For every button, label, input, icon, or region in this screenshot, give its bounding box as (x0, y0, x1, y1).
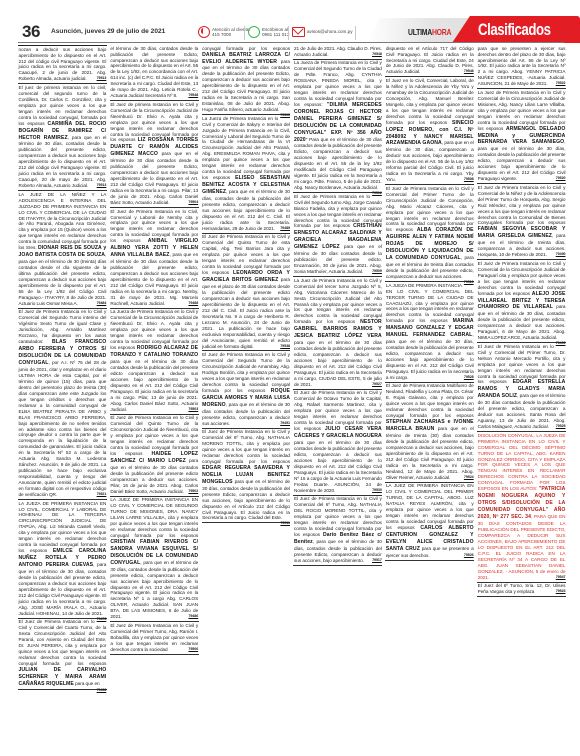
brand-logo: ULTIMAHORA (408, 27, 451, 37)
contact-email-value: avisos@uhora.com.py (307, 29, 353, 34)
section-title: Clasificados (478, 20, 551, 40)
classified-ad: El Juez de Primera Instancia en lo Civil… (202, 429, 291, 524)
ad-reference-code: 79538 (280, 344, 290, 350)
column-5: dispuesto en el Artículo 717 del Código … (385, 45, 474, 737)
ad-body-text-continued: , para que en el término de 30 días, con… (110, 560, 198, 620)
ad-body-text: LA JUEZ DE PRIMERA INSTANCIA EN LO CIVIL… (110, 497, 198, 538)
classified-ad: El Juez de Primera Instancia en lo Civil… (477, 184, 566, 260)
ad-reference-code: 79526 (464, 553, 474, 559)
ad-body-text-continued: " Para que en el término de 30 días cont… (294, 137, 382, 191)
contact-email[interactable]: avisos@uhora.com.py (292, 22, 353, 42)
ad-reference-code: 79484 (97, 301, 107, 307)
classified-ad: La Jueza de Primera Instancia en lo Civi… (293, 60, 382, 194)
ad-reference-code: 79525 (556, 424, 566, 430)
classified-ad: El Juez de Primera Instancia en lo Civil… (477, 260, 566, 343)
ad-body-text-continued: para que en el término de treinta (30) d… (386, 426, 474, 480)
classified-ad: La Juez de Primera Instancia en lo Civil… (293, 277, 382, 390)
ad-reference-code: 79506 (188, 647, 198, 653)
ad-body-text: El Juez de Primera Instancia en lo Civil… (110, 415, 198, 456)
ad-reference-code: 79502 (188, 489, 198, 495)
ad-body-text: El Juez en lo Civil, Comercial, Laboral,… (386, 78, 474, 125)
classified-ad: El Juez de Primera Instancia en lo Civil… (110, 208, 199, 309)
ad-body-text-continued: para que en el término de 30 días contad… (294, 440, 382, 493)
ad-body-text-continued: , para que en el término de 30 días cont… (110, 252, 198, 306)
ad-body-text: El Juez de Primera Instancia en lo Civil… (386, 186, 474, 233)
ad-body-text-continued: , para que en el término de 30 días, com… (386, 140, 474, 182)
ad-reference-code: 79527 (372, 382, 382, 388)
divider (355, 26, 356, 40)
ad-body-text: La Jueza de Primera Instancia en lo Civi… (110, 309, 198, 350)
classified-ad: La Juez de Primera Instancia en lo Civil… (477, 89, 566, 184)
classified-ad: para que se presenten a ejercer sus dere… (477, 45, 566, 89)
ad-reference-code: 79498 (97, 688, 107, 694)
ad-reference-code: 79521 (97, 492, 107, 498)
classified-ad: LA JUEZA DE PRIMERA INSTANCIA EN LO CIVI… (18, 500, 107, 619)
ad-body-text: El Juez de Primera Instancia Multifuero … (386, 383, 474, 418)
ad-body-text-continued: para que en el término de 30 días contad… (294, 340, 382, 387)
ad-body-text: La Juez de Primera Instancia en lo Civil… (478, 90, 566, 131)
column-3: conyugal formada por los esposos DANIELA… (202, 45, 291, 737)
classified-ad: el término de 30 días, contados desde la… (110, 45, 199, 101)
ad-body-text-continued: , para que en el término de 30 días, con… (19, 135, 107, 189)
ad-body-text-continued: para que en (74, 681, 100, 686)
classified-ad: El Juez de Primera Instancia en lo Civil… (293, 390, 382, 496)
ad-reference-code: 79490 (556, 252, 566, 258)
classified-ad: LA JUEZA DE PRIMERA INSTANCIA EN LO CIVI… (385, 282, 474, 383)
ad-body-text-continued: , para que en el término de 30 (treinta)… (19, 252, 107, 306)
ad-reference-code: 79520 (556, 176, 566, 182)
ad-body-text: nozan a deducir sus acciones bajo aperci… (19, 47, 107, 82)
ad-reference-code: 79517 (372, 558, 382, 564)
ad-body-text: El Juez de Primera Instancia en lo Civil… (202, 352, 290, 393)
ad-body-text: El Juez de Primera Instancia en lo Civil… (478, 185, 566, 226)
ad-body-text: El Juez de Primera Instancia en lo Civil… (294, 496, 382, 537)
ad-body-text: El Juez de Primera Instancia en lo Civil… (294, 390, 382, 431)
ad-reference-code: 79504 (188, 200, 198, 206)
ad-body-text: El Juez de Primera Instancia en lo Civil… (110, 623, 198, 652)
classified-ad: El Juez de Primera Instancia en lo Civil… (293, 496, 382, 566)
classified-ad: 21 de Julio de 2021. Abg. Claudio D. Pir… (293, 45, 382, 60)
ad-body-text-continued: , PARA QUE EN 30 DÍAS CONTADOS DESDE LA … (478, 514, 566, 580)
column-1: nozan a deducir sus acciones bajo aperci… (18, 45, 107, 737)
classified-ad: conyugal formada por los esposos DANIELA… (202, 45, 291, 115)
ad-reference-code: 79528 (464, 375, 474, 381)
classified-ad: El Juez de Primera Instancia en lo Civil… (202, 234, 291, 352)
ad-reference-code: 79503 (188, 407, 198, 413)
ad-body-text-continued: , para que en el término de 30 días, con… (386, 332, 474, 380)
column-2: el término de 30 días, contados desde la… (110, 45, 199, 737)
ad-reference-code: 79523 (556, 589, 566, 595)
classified-ad: El Juez de primera Instancia en lo Civil… (110, 101, 199, 208)
ad-body-text-continued: para que en el término de 30 días contad… (110, 151, 198, 205)
ad-reference-code: 79511 (280, 521, 290, 527)
classified-ad: El Juez de Primera Instancia en lo Civil… (110, 415, 199, 497)
column-4: 21 de Julio de 2021. Abg. Claudio D. Pir… (293, 45, 382, 737)
ad-reference-code: 79486 (188, 614, 198, 620)
ad-reference-code: 79522 (556, 81, 566, 87)
divider (288, 26, 289, 40)
ad-body-text: DISOLUCIÓN CONYUGAL. LA JUEZA DE PRIMERA… (478, 433, 566, 492)
classified-ad: DISOLUCIÓN CONYUGAL. LA JUEZA DE PRIMERA… (477, 432, 566, 582)
ad-body-text: El Juez del 6º Turno, Sria. 12, Dr. Ulis… (478, 583, 566, 594)
ad-body-text: dispuesto en el Artículo 717 del Código … (386, 46, 474, 75)
classified-ad: LA JUEZ DE LA NIÑEZ Y LA ADOLESCENCIA E … (18, 191, 107, 309)
classified-ad: LA JUEZ DE PRIMERA INSTANCIA EN LO CIVIL… (110, 497, 199, 623)
phone-icon (198, 26, 210, 38)
classifieds-columns: nozan a deducir sus acciones bajo aperci… (18, 45, 566, 737)
ad-body-text: conyugal formada por los esposos (202, 46, 290, 51)
ad-body-text-continued: , para que en el término de 30 días, con… (202, 189, 290, 231)
ad-body-text-continued: para que en el término de 30 días contad… (110, 359, 198, 412)
ad-reference-code: 79491 (280, 421, 290, 427)
classified-ad: El juez de primera instancia en lo civil… (18, 84, 107, 191)
ad-body-text: El Juez de Primera Instancia en lo Civil… (19, 619, 107, 666)
ad-reference-code: 79547 (556, 575, 566, 581)
ad-reference-code: 79489 (280, 226, 290, 232)
classified-ad: El Juez de Primera Instancia Multifuero … (385, 383, 474, 483)
ad-reference-code: 79513 (97, 183, 107, 189)
ad-reference-code: 79508 (464, 177, 474, 183)
classified-ad: La Jueza de Primera Instancia en lo Civi… (202, 115, 291, 234)
ad-body-text-continued: para que en el término de 30 días, conta… (202, 479, 290, 521)
ad-reference-code: 79530 (372, 488, 382, 494)
ad-body-text: LA JUEZA DE PRIMERA INSTANCIA EN LO CIVI… (386, 283, 474, 324)
classified-ad: El Juez de Primera Instancia en lo Civil… (385, 185, 474, 282)
ad-body-text-continued: , para que en el término de 30 días, con… (478, 139, 566, 181)
ad-body-text: La Jueza de Primera Instancia en lo Civi… (294, 60, 382, 107)
contact-phone-value: 415 7000 (212, 32, 231, 37)
classified-ad: El Juez del 6º Turno, Sria. 12, Dr. Ulis… (477, 583, 566, 598)
page-header: 36 Asunción, jueves 29 de julio de 2021 … (0, 0, 580, 43)
whatsapp-icon (248, 26, 260, 38)
contact-whatsapp-value: 0981 111 013 (262, 32, 289, 37)
classified-ad: dispuesto en el Artículo 717 del Código … (385, 45, 474, 77)
page-number: 36 (22, 22, 40, 42)
classified-ad: El Juez de Primera Instancia en lo Civil… (293, 193, 382, 277)
ad-body-text: El Juez de primera Instancia en lo Civil… (110, 102, 198, 143)
contact-phone[interactable]: Atención al cliente:415 7000 (198, 22, 251, 42)
classified-ad: El Juez de Primera Instancia en lo Civil… (110, 622, 199, 654)
ad-body-text: El Juez de Primera Instancia en lo Civil… (202, 234, 290, 275)
classified-ad: nozan a deducir sus acciones bajo aperci… (18, 46, 107, 84)
divider (244, 26, 245, 40)
section-banner: Clasificados (452, 16, 580, 43)
ad-body-text: 21 de Julio de 2021. Abg. Claudio D. Pir… (294, 46, 382, 57)
ad-body-text: El Juez de Primera Instancia en lo Civil… (478, 344, 566, 385)
ad-reference-code: 79509 (372, 269, 382, 275)
ad-body-text: El Juez de Primera Instancia en lo Civil… (202, 429, 290, 464)
ad-reference-code: 79513 (97, 76, 107, 82)
publication-date: Asunción, jueves 29 de julio de 2021 (51, 28, 165, 35)
column-6: para que se presenten a ejercer sus dere… (477, 45, 566, 737)
contact-whatsapp-label: Escribinos al (262, 27, 288, 32)
ad-body-text: LA JUEZ DE LA NIÑEZ Y LA ADOLESCENCIA E … (19, 192, 107, 251)
ad-reference-code: 79524 (464, 475, 474, 481)
classified-ad: El Juez de Primera Instancia en lo Civil… (18, 619, 107, 690)
classified-ad: El Juez en lo Civil, Comercial, Laboral,… (385, 77, 474, 185)
ad-body-text: La Jueza de Primera Instancia en lo Civi… (202, 116, 290, 181)
ad-reference-code: 79548 (372, 52, 382, 58)
ad-body-text: LA JUEZA DE PRIMERA INSTANCIA EN LO CIVI… (19, 501, 107, 554)
ad-body-text: El juez de primera instancia en lo civil… (19, 85, 107, 126)
classified-ad: El Juez de Primera Instancia en lo Civil… (202, 351, 291, 428)
ad-body-text-continued: para que en el plazo de 30 días contados… (202, 277, 290, 348)
classified-ad: LA JUEZ DE PRIMERA INSTANCIA EN LO CIVIL… (385, 483, 474, 561)
ad-body-text: LA JUEZ DE PRIMERA INSTANCIA EN LO CIVIL… (386, 483, 474, 530)
ad-reference-code: 79548 (188, 93, 198, 99)
classified-ad: El Juez de Primera Instancia en lo Civil… (477, 343, 566, 432)
ad-body-text: el término de 30 días, contados desde la… (110, 46, 198, 99)
ad-body-text-continued: , por A.I. Nº 75 del 28 de junio de 2021… (19, 360, 107, 497)
contact-whatsapp[interactable]: Escribinos al0981 111 013 (248, 22, 289, 42)
classified-ad: La Jueza de Primera Instancia en lo Civi… (110, 309, 199, 415)
ad-body-text-continued: para que en el término de 30 días contad… (202, 59, 290, 113)
ad-body-text: para que se presenten a ejercer sus dere… (478, 46, 566, 87)
ad-body-text-continued: , para que en el término de 30 días, con… (19, 562, 107, 616)
classified-ad: El Juez de Primera Instancia en lo Civil… (18, 309, 107, 500)
ad-reference-code: 79548 (464, 69, 474, 75)
ad-body-text: La Juez de Primera Instancia en lo Civil… (294, 278, 382, 325)
header-rule (18, 42, 564, 43)
ad-reference-code: 79488 (188, 301, 198, 307)
envelope-icon (292, 27, 305, 37)
